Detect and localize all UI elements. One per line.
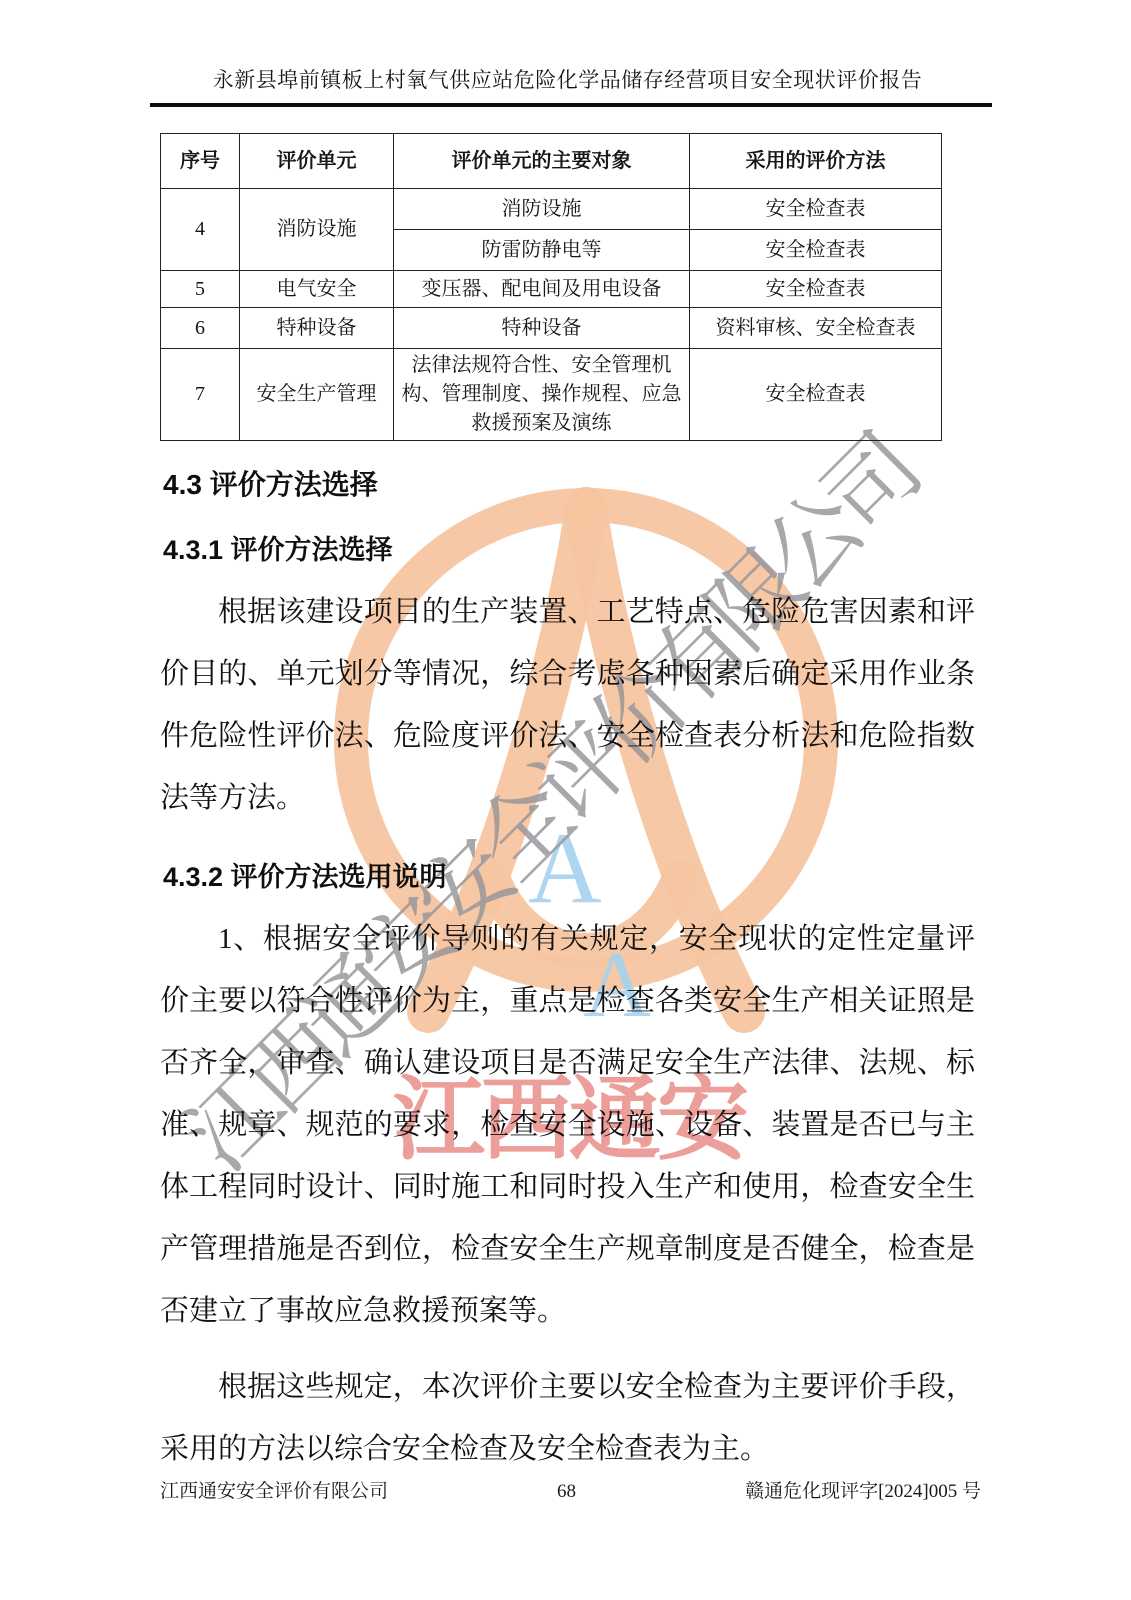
cell-unit: 特种设备 [240,308,394,349]
table-row: 7 安全生产管理 法律法规符合性、安全管理机构、管理制度、操作规程、应急救援预案… [161,349,942,441]
cell-method: 安全检查表 [690,230,942,271]
cell-unit: 消防设施 [240,189,394,271]
header-rule [150,103,992,107]
section-heading-4-3: 4.3 评价方法选择 [163,468,975,502]
cell-method: 安全检查表 [690,189,942,230]
cell-object: 消防设施 [394,189,690,230]
cell-no: 6 [161,308,240,349]
cell-no: 4 [161,189,240,271]
report-page: A A 江西通安安全评价有限公司 江西通安 永新县埠前镇板上村氧气供应站危险化学… [0,0,1131,1600]
evaluation-methods-table: 序号 评价单元 评价单元的主要对象 采用的评价方法 4 消防设施 消防设施 安全… [160,133,942,441]
section-heading-4-3-2: 4.3.2 评价方法选用说明 [163,860,975,894]
cell-method: 资料审核、安全检查表 [690,308,942,349]
footer-page-number: 68 [557,1481,576,1503]
cell-no: 5 [161,271,240,308]
document-content: 永新县埠前镇板上村氧气供应站危险化学品储存经营项目安全现状评价报告 序号 评价单… [0,0,1131,1480]
cell-object: 法律法规符合性、安全管理机构、管理制度、操作规程、应急救援预案及演练 [394,349,690,441]
table-row: 4 消防设施 消防设施 安全检查表 [161,189,942,230]
page-footer: 江西通安安全评价有限公司 68 赣通危化现评字[2024]005 号 [160,1476,981,1503]
section-heading-4-3-1: 4.3.1 评价方法选择 [163,533,975,567]
col-header-method: 采用的评价方法 [690,134,942,189]
col-header-object: 评价单元的主要对象 [394,134,690,189]
cell-object: 变压器、配电间及用电设备 [394,271,690,308]
table-row: 5 电气安全 变压器、配电间及用电设备 安全检查表 [161,271,942,308]
page-header-title: 永新县埠前镇板上村氧气供应站危险化学品储存经营项目安全现状评价报告 [160,64,975,94]
paragraph-4-3-1: 根据该建设项目的生产装置、工艺特点、危险危害因素和评价目的、单元划分等情况，综合… [160,581,975,829]
footer-doc-number: 赣通危化现评字[2024]005 号 [745,1476,981,1503]
cell-no: 7 [161,349,240,441]
cell-unit: 电气安全 [240,271,394,308]
footer-company: 江西通安安全评价有限公司 [160,1476,388,1503]
table-row: 6 特种设备 特种设备 资料审核、安全检查表 [161,308,942,349]
cell-object: 特种设备 [394,308,690,349]
cell-method: 安全检查表 [690,271,942,308]
paragraph-4-3-2-item1: 1、根据安全评价导则的有关规定，安全现状的定性定量评价主要以符合性评价为主，重点… [160,908,975,1342]
cell-unit: 安全生产管理 [240,349,394,441]
col-header-unit: 评价单元 [240,134,394,189]
cell-object: 防雷防静电等 [394,230,690,271]
paragraph-4-3-2-item2: 根据这些规定，本次评价主要以安全检查为主要评价手段，采用的方法以综合安全检查及安… [160,1356,975,1480]
cell-method: 安全检查表 [690,349,942,441]
table-header-row: 序号 评价单元 评价单元的主要对象 采用的评价方法 [161,134,942,189]
col-header-no: 序号 [161,134,240,189]
